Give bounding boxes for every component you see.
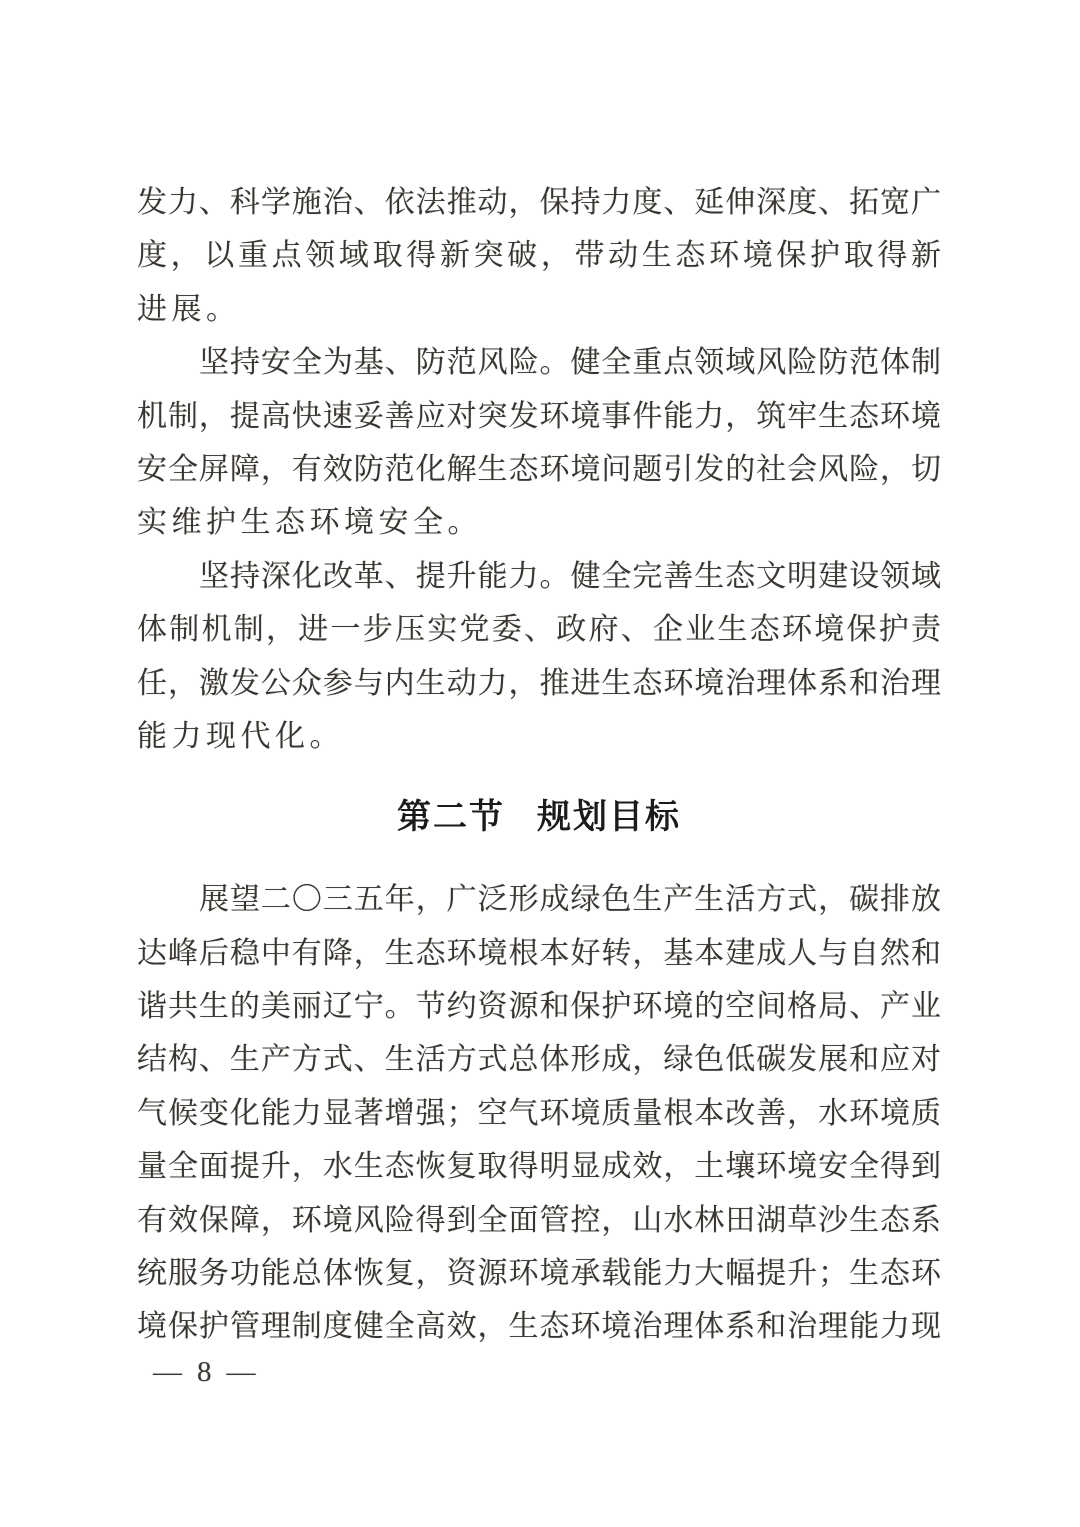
para-deepen-reform: 坚持深化改革、提升能力。健全完善生态文明建设领域 体制机制，进一步压实党委、政府… xyxy=(137,550,941,764)
footer-dash: — xyxy=(227,1356,256,1389)
text-line: 安全屏障，有效防范化解生态环境问题引发的社会风险，切 xyxy=(137,443,941,496)
footer-dash: — xyxy=(153,1356,182,1389)
section-number: 第二节 xyxy=(397,797,505,837)
page-footer: — 8 — xyxy=(153,1356,256,1389)
text-line: 能力现代化。 xyxy=(137,710,941,763)
text-line: 坚持深化改革、提升能力。健全完善生态文明建设领域 xyxy=(137,550,941,603)
para-continuation: 发力、科学施治、依法推动，保持力度、延伸深度、拓宽广 度，以重点领域取得新突破，… xyxy=(137,176,941,336)
text-line: 实维护生态环境安全。 xyxy=(137,496,941,549)
text-line: 量全面提升，水生态恢复取得明显成效，土壤环境安全得到 xyxy=(137,1140,941,1193)
text-line: 有效保障，环境风险得到全面管控，山水林田湖草沙生态系 xyxy=(137,1194,941,1247)
text-line: 任，激发公众参与内生动力，推进生态环境治理体系和治理 xyxy=(137,657,941,710)
text-line: 统服务功能总体恢复，资源环境承载能力大幅提升；生态环 xyxy=(137,1247,941,1300)
text-line: 展望二〇三五年，广泛形成绿色生产生活方式，碳排放 xyxy=(137,873,941,926)
text-line: 发力、科学施治、依法推动，保持力度、延伸深度、拓宽广 xyxy=(137,176,941,229)
text-line: 机制，提高快速妥善应对突发环境事件能力，筑牢生态环境 xyxy=(137,390,941,443)
para-safety-risk: 坚持安全为基、防范风险。健全重点领域风险防范体制 机制，提高快速妥善应对突发环境… xyxy=(137,336,941,550)
text-line: 气候变化能力显著增强；空气环境质量根本改善，水环境质 xyxy=(137,1087,941,1140)
text-line: 达峰后稳中有降，生态环境根本好转，基本建成人与自然和 xyxy=(137,927,941,980)
text-line: 进展。 xyxy=(137,283,941,336)
section-title: 规划目标 xyxy=(537,797,681,837)
page-number: 8 xyxy=(197,1356,212,1389)
text-line: 体制机制，进一步压实党委、政府、企业生态环境保护责 xyxy=(137,603,941,656)
para-2035-outlook: 展望二〇三五年，广泛形成绿色生产生活方式，碳排放 达峰后稳中有降，生态环境根本好… xyxy=(137,873,941,1354)
section-heading: 第二节规划目标 xyxy=(137,789,941,845)
text-line: 谐共生的美丽辽宁。节约资源和保护环境的空间格局、产业 xyxy=(137,980,941,1033)
page-body: 发力、科学施治、依法推动，保持力度、延伸深度、拓宽广 度，以重点领域取得新突破，… xyxy=(137,176,941,1354)
text-line: 境保护管理制度健全高效，生态环境治理体系和治理能力现 xyxy=(137,1300,941,1353)
text-line: 坚持安全为基、防范风险。健全重点领域风险防范体制 xyxy=(137,336,941,389)
text-line: 结构、生产方式、生活方式总体形成，绿色低碳发展和应对 xyxy=(137,1033,941,1086)
text-line: 度，以重点领域取得新突破，带动生态环境保护取得新 xyxy=(137,229,941,282)
document-page: 发力、科学施治、依法推动，保持力度、延伸深度、拓宽广 度，以重点领域取得新突破，… xyxy=(0,0,1080,1527)
